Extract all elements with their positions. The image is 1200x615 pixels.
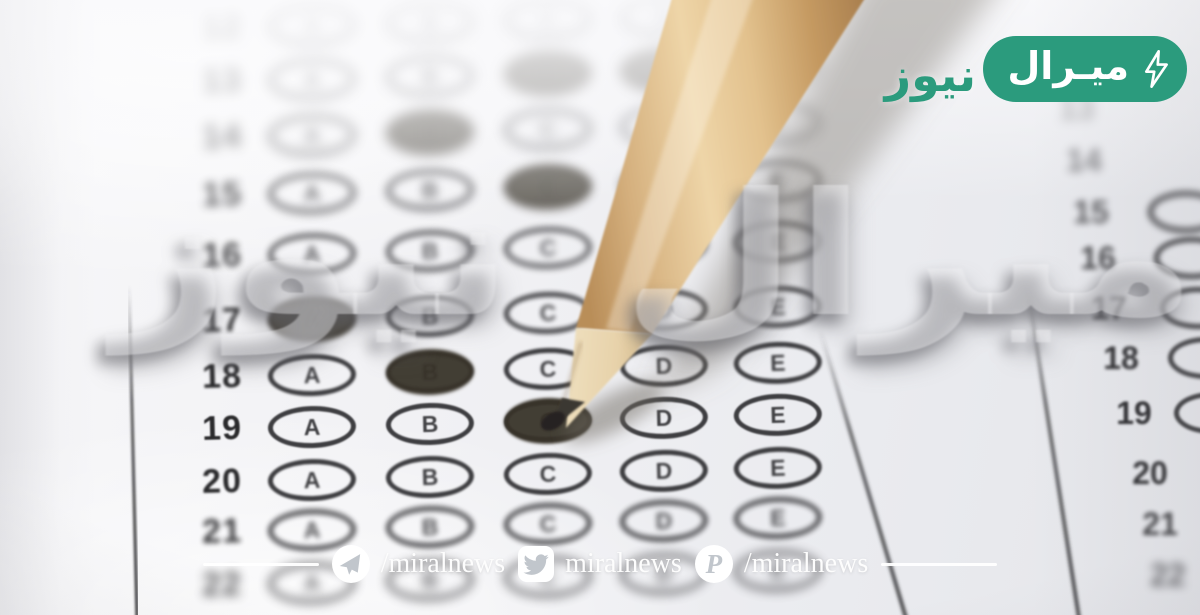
- bubble-letter: A: [303, 11, 320, 38]
- question-number: 18: [149, 357, 242, 398]
- filled-answer-mark: [385, 108, 474, 156]
- bubble-letter: E: [770, 0, 786, 27]
- bubble-letter: C: [539, 510, 556, 537]
- answer-bubble-d: D: [619, 499, 708, 543]
- answer-bubble-a: A: [267, 113, 356, 157]
- lightning-bolt-icon: [1141, 48, 1171, 90]
- answer-bubble-e: E: [733, 45, 822, 89]
- brand-pill: ميـرال: [983, 36, 1187, 102]
- bubble-letter: B: [421, 410, 438, 437]
- answer-bubble-e: E: [733, 0, 822, 35]
- answer-bubble-a: A: [267, 57, 356, 101]
- answer-bubble-e: E: [733, 446, 822, 490]
- answer-bubble-a: A: [267, 3, 356, 47]
- pinterest-icon: P: [695, 545, 733, 583]
- question-number: 20: [149, 462, 242, 503]
- bubble-letter: C: [539, 460, 556, 487]
- bubble-letter: D: [655, 112, 672, 139]
- bubble-letter: C: [539, 5, 556, 32]
- bubble-letter: B: [421, 513, 438, 540]
- bubble-letter: D: [655, 2, 672, 29]
- answer-bubble-d: D: [619, 449, 708, 493]
- footer-divider-line-left: [203, 563, 319, 566]
- bubble-letter: B: [421, 463, 438, 490]
- bubble-letter: D: [655, 457, 672, 484]
- bubble-letter: E: [770, 504, 786, 531]
- answer-bubble-b: B: [385, 0, 474, 44]
- footer-pinterest: P /miralnews: [695, 545, 868, 583]
- question-number: 14: [149, 117, 242, 158]
- brand-logo: نيوز ميـرال: [880, 0, 1200, 130]
- brand-word-news: نيوز: [885, 48, 976, 102]
- bubble-letter: A: [303, 516, 320, 543]
- bubble-letter: A: [303, 361, 320, 388]
- bubble-letter: D: [655, 352, 672, 379]
- bubble-letter: E: [770, 401, 786, 428]
- answer-bubble-c: C: [503, 0, 592, 41]
- bubble-letter: E: [770, 53, 786, 80]
- answer-bubble-e: E: [733, 393, 822, 437]
- question-number: 12: [149, 7, 242, 48]
- footer-social-bar: /miralnews miralnews P /miralnews: [0, 544, 1200, 584]
- bubble-letter: B: [421, 8, 438, 35]
- answer-bubble-e: E: [733, 101, 822, 145]
- watermark-text: ميرال نيوز: [114, 176, 1196, 338]
- bubble-letter: B: [421, 62, 438, 89]
- brand-word-miral: ميـرال: [1007, 47, 1129, 91]
- right-column-question-number: 19: [1106, 395, 1162, 432]
- right-column-question-number: 21: [1132, 506, 1188, 543]
- telegram-handle: /miralnews: [381, 548, 505, 580]
- answer-bubble-b: B: [385, 54, 474, 98]
- answer-bubble-d: D: [619, 396, 708, 440]
- answer-bubble-c: C: [503, 452, 592, 496]
- bubble-letter: C: [539, 115, 556, 142]
- bubble-letter: A: [303, 466, 320, 493]
- answer-bubble-b: B: [385, 455, 474, 499]
- bubble-letter: A: [303, 65, 320, 92]
- question-number: 19: [149, 409, 242, 450]
- pinterest-p-glyph: P: [706, 551, 723, 578]
- answer-bubble-e: E: [733, 496, 822, 540]
- bubble-letter: D: [655, 404, 672, 431]
- answer-bubble-b: B: [385, 402, 474, 446]
- answer-bubble-b: B: [385, 505, 474, 549]
- filled-answer-mark: [503, 49, 592, 97]
- filled-answer-mark: [619, 46, 708, 94]
- footer-telegram: /miralnews: [332, 545, 505, 583]
- telegram-icon: [332, 545, 370, 583]
- answer-bubble-c: C: [503, 107, 592, 151]
- answer-bubble-c: C: [503, 502, 592, 546]
- pinterest-handle: /miralnews: [744, 548, 868, 580]
- bubble-letter: A: [303, 413, 320, 440]
- footer-divider-line-right: [881, 563, 997, 566]
- bubble-letter: A: [303, 121, 320, 148]
- question-number: 13: [149, 61, 242, 102]
- filled-answer-mark: [385, 348, 474, 396]
- answer-bubble-a: A: [267, 458, 356, 502]
- answer-bubble-d: D: [619, 104, 708, 148]
- bubble-letter: C: [539, 355, 556, 382]
- twitter-handle: miralnews: [565, 548, 682, 580]
- answer-bubble-a: A: [267, 405, 356, 449]
- answer-bubble-a: A: [267, 353, 356, 397]
- bubble-letter: E: [770, 454, 786, 481]
- bubble-letter: E: [770, 109, 786, 136]
- filled-answer-mark: [503, 397, 592, 445]
- right-column-question-number: 20: [1122, 455, 1178, 492]
- twitter-icon: [518, 546, 554, 582]
- bubble-letter: D: [655, 507, 672, 534]
- partial-bubble: [1174, 392, 1200, 434]
- news-thumbnail-photo: 12ABCDE13ABCDE14ABCDE15ABCDE16ABCDE17ABC…: [0, 0, 1200, 615]
- footer-twitter: miralnews: [518, 546, 682, 582]
- answer-bubble-d: D: [619, 0, 708, 38]
